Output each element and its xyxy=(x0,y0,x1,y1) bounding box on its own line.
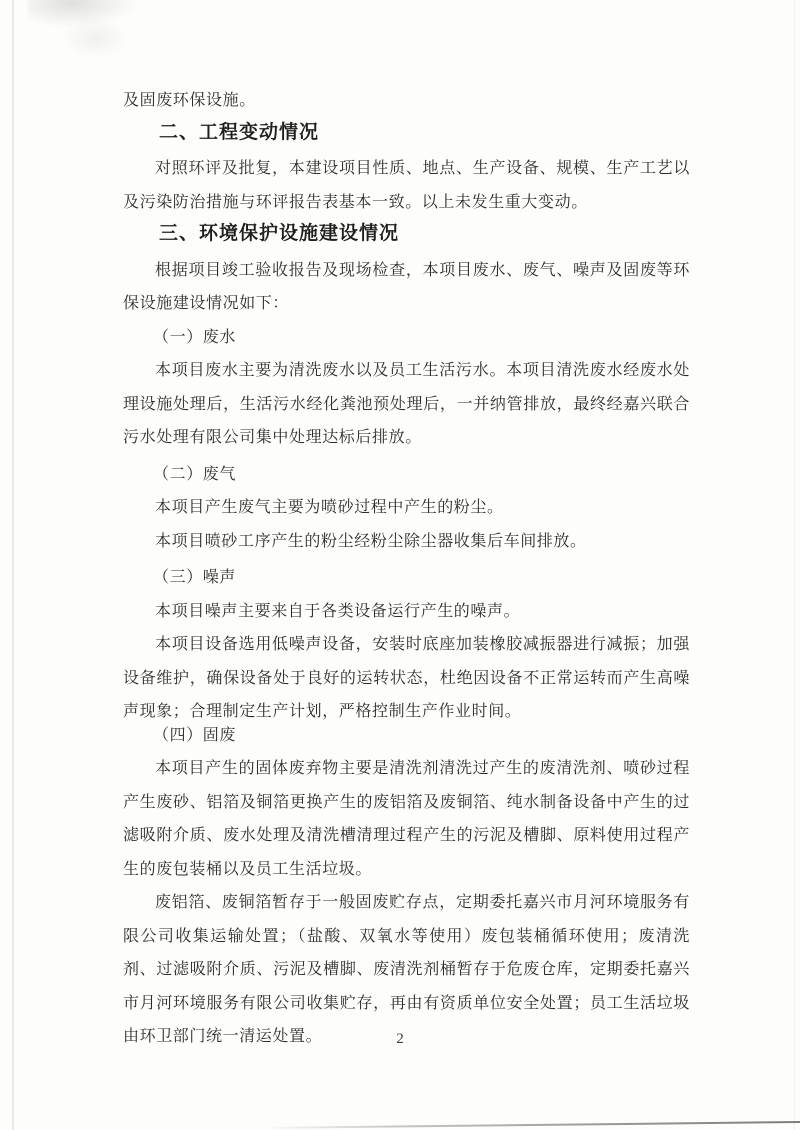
paragraph-noise-1: 本项目噪声主要来自于各类设备运行产生的噪声。 xyxy=(123,595,690,629)
scan-edge-line-left xyxy=(12,0,14,1130)
paragraph-noise-2: 本项目设备选用低噪声设备，安装时底座加装橡胶减振器进行减振；加强设备维护，确保设… xyxy=(123,628,690,729)
paragraph-solid-waste-2: 废铝箔、废铜箔暂存于一般固废贮存点，定期委托嘉兴市月河环境服务有限公司收集运输处… xyxy=(123,886,690,1054)
page-number: 2 xyxy=(0,1031,800,1048)
paragraph-wastewater: 本项目废水主要为清洗废水以及员工生活污水。本项目清洗废水经废水处理设施处理后，生… xyxy=(123,354,690,455)
paragraph-solid-waste-1: 本项目产生的固体废弃物主要是清洗剂清洗过产生的废清洗剂、喷砂过程产生废砂、铝箔及… xyxy=(123,752,690,886)
continued-paragraph-tail: 及固废环保设施。 xyxy=(123,84,690,118)
paragraph-waste-gas-1: 本项目产生废气主要为喷砂过程中产生的粉尘。 xyxy=(123,491,690,525)
paragraph-project-changes: 对照环评及批复，本建设项目性质、地点、生产设备、规模、生产工艺以及污染防治措施与… xyxy=(123,152,690,219)
section-heading-project-changes: 二、工程变动情况 xyxy=(123,116,690,150)
paragraph-facilities-intro: 根据项目竣工验收报告及现场检查，本项目废水、废气、噪声及固废等环保设施建设情况如… xyxy=(123,254,690,321)
scan-edge-line-right xyxy=(794,0,795,1130)
subsection-heading-waste-gas: （二）废气 xyxy=(123,458,690,492)
paragraph-waste-gas-2: 本项目喷砂工序产生的粉尘经粉尘除尘器收集后车间排放。 xyxy=(123,525,690,559)
scan-smudge-top-left-2 xyxy=(60,18,130,58)
subsection-heading-wastewater: （一）废水 xyxy=(123,321,690,355)
document-page: 及固废环保设施。 二、工程变动情况 对照环评及批复，本建设项目性质、地点、生产设… xyxy=(0,0,800,1130)
scan-crease-line-bottom xyxy=(262,1121,800,1129)
subsection-heading-noise: （三）噪声 xyxy=(123,561,690,595)
document-body: 及固废环保设施。 二、工程变动情况 对照环评及批复，本建设项目性质、地点、生产设… xyxy=(123,84,690,1054)
section-heading-env-protection-facilities: 三、环境保护设施建设情况 xyxy=(123,217,690,251)
